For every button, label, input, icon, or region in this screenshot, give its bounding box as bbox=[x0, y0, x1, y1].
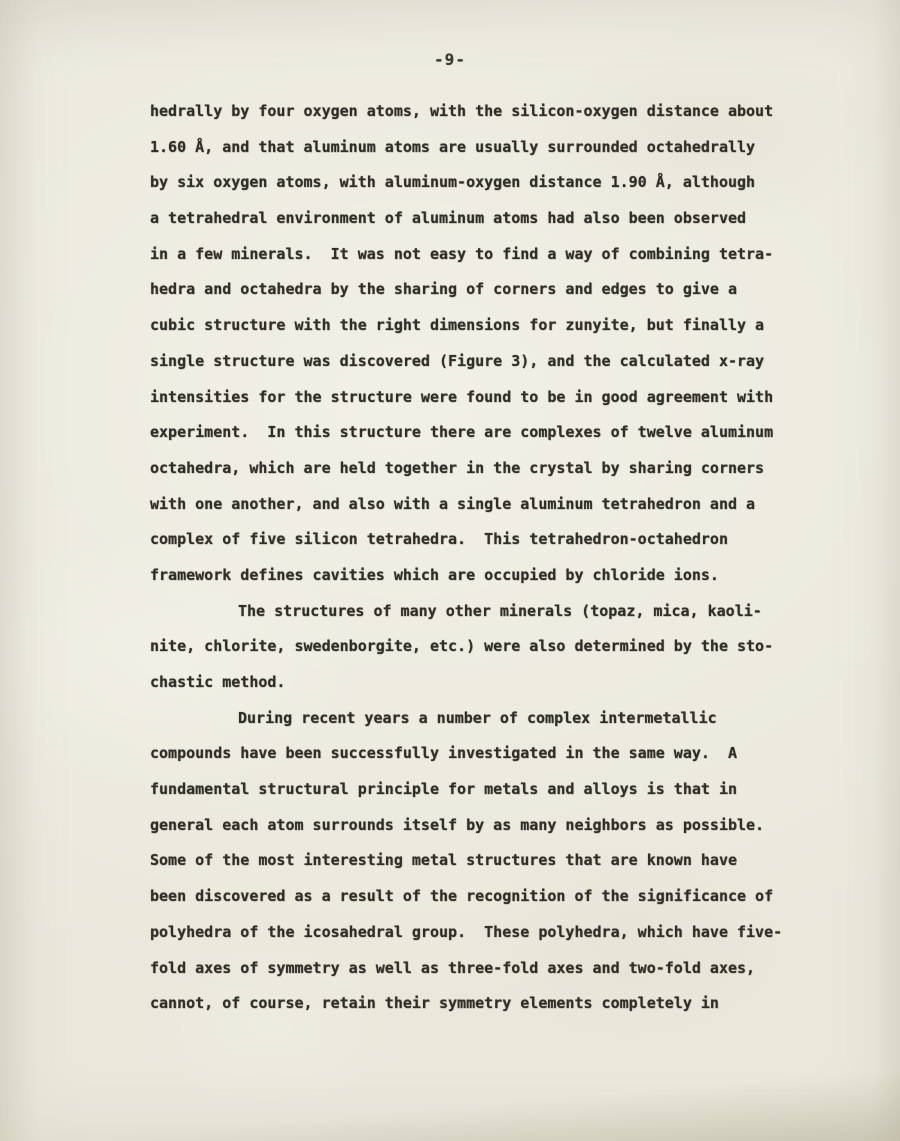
text-line: cubic structure with the right dimension… bbox=[150, 308, 790, 344]
text-line: fundamental structural principle for met… bbox=[150, 772, 790, 808]
text-line: in a few minerals. It was not easy to fi… bbox=[150, 237, 790, 273]
text-line: framework defines cavities which are occ… bbox=[150, 558, 790, 594]
text-line: a tetrahedral environment of aluminum at… bbox=[150, 201, 790, 237]
text-line: chastic method. bbox=[150, 665, 790, 701]
page-number: -9- bbox=[0, 50, 900, 69]
text-line: general each atom surrounds itself by as… bbox=[150, 808, 790, 844]
text-line: single structure was discovered (Figure … bbox=[150, 344, 790, 380]
paragraph: The structures of many other minerals (t… bbox=[150, 594, 790, 701]
typewritten-page: -9- hedrally by four oxygen atoms, with … bbox=[0, 0, 900, 1141]
text-line: intensities for the structure were found… bbox=[150, 380, 790, 416]
text-line: octahedra, which are held together in th… bbox=[150, 451, 790, 487]
text-line: complex of five silicon tetrahedra. This… bbox=[150, 522, 790, 558]
text-line: experiment. In this structure there are … bbox=[150, 415, 790, 451]
text-line: During recent years a number of complex … bbox=[150, 701, 790, 737]
paragraph: hedrally by four oxygen atoms, with the … bbox=[150, 94, 790, 594]
text-line: cannot, of course, retain their symmetry… bbox=[150, 986, 790, 1022]
text-line: polyhedra of the icosahedral group. Thes… bbox=[150, 915, 790, 951]
text-line: The structures of many other minerals (t… bbox=[150, 594, 790, 630]
text-line: fold axes of symmetry as well as three-f… bbox=[150, 951, 790, 987]
text-line: 1.60 Å, and that aluminum atoms are usua… bbox=[150, 130, 790, 166]
text-line: by six oxygen atoms, with aluminum-oxyge… bbox=[150, 165, 790, 201]
text-line: compounds have been successfully investi… bbox=[150, 736, 790, 772]
document-body: hedrally by four oxygen atoms, with the … bbox=[150, 94, 790, 1022]
text-line: nite, chlorite, swedenborgite, etc.) wer… bbox=[150, 629, 790, 665]
paragraph: During recent years a number of complex … bbox=[150, 701, 790, 1022]
text-line: been discovered as a result of the recog… bbox=[150, 879, 790, 915]
text-line: Some of the most interesting metal struc… bbox=[150, 843, 790, 879]
text-line: hedra and octahedra by the sharing of co… bbox=[150, 272, 790, 308]
text-line: hedrally by four oxygen atoms, with the … bbox=[150, 94, 790, 130]
text-line: with one another, and also with a single… bbox=[150, 487, 790, 523]
